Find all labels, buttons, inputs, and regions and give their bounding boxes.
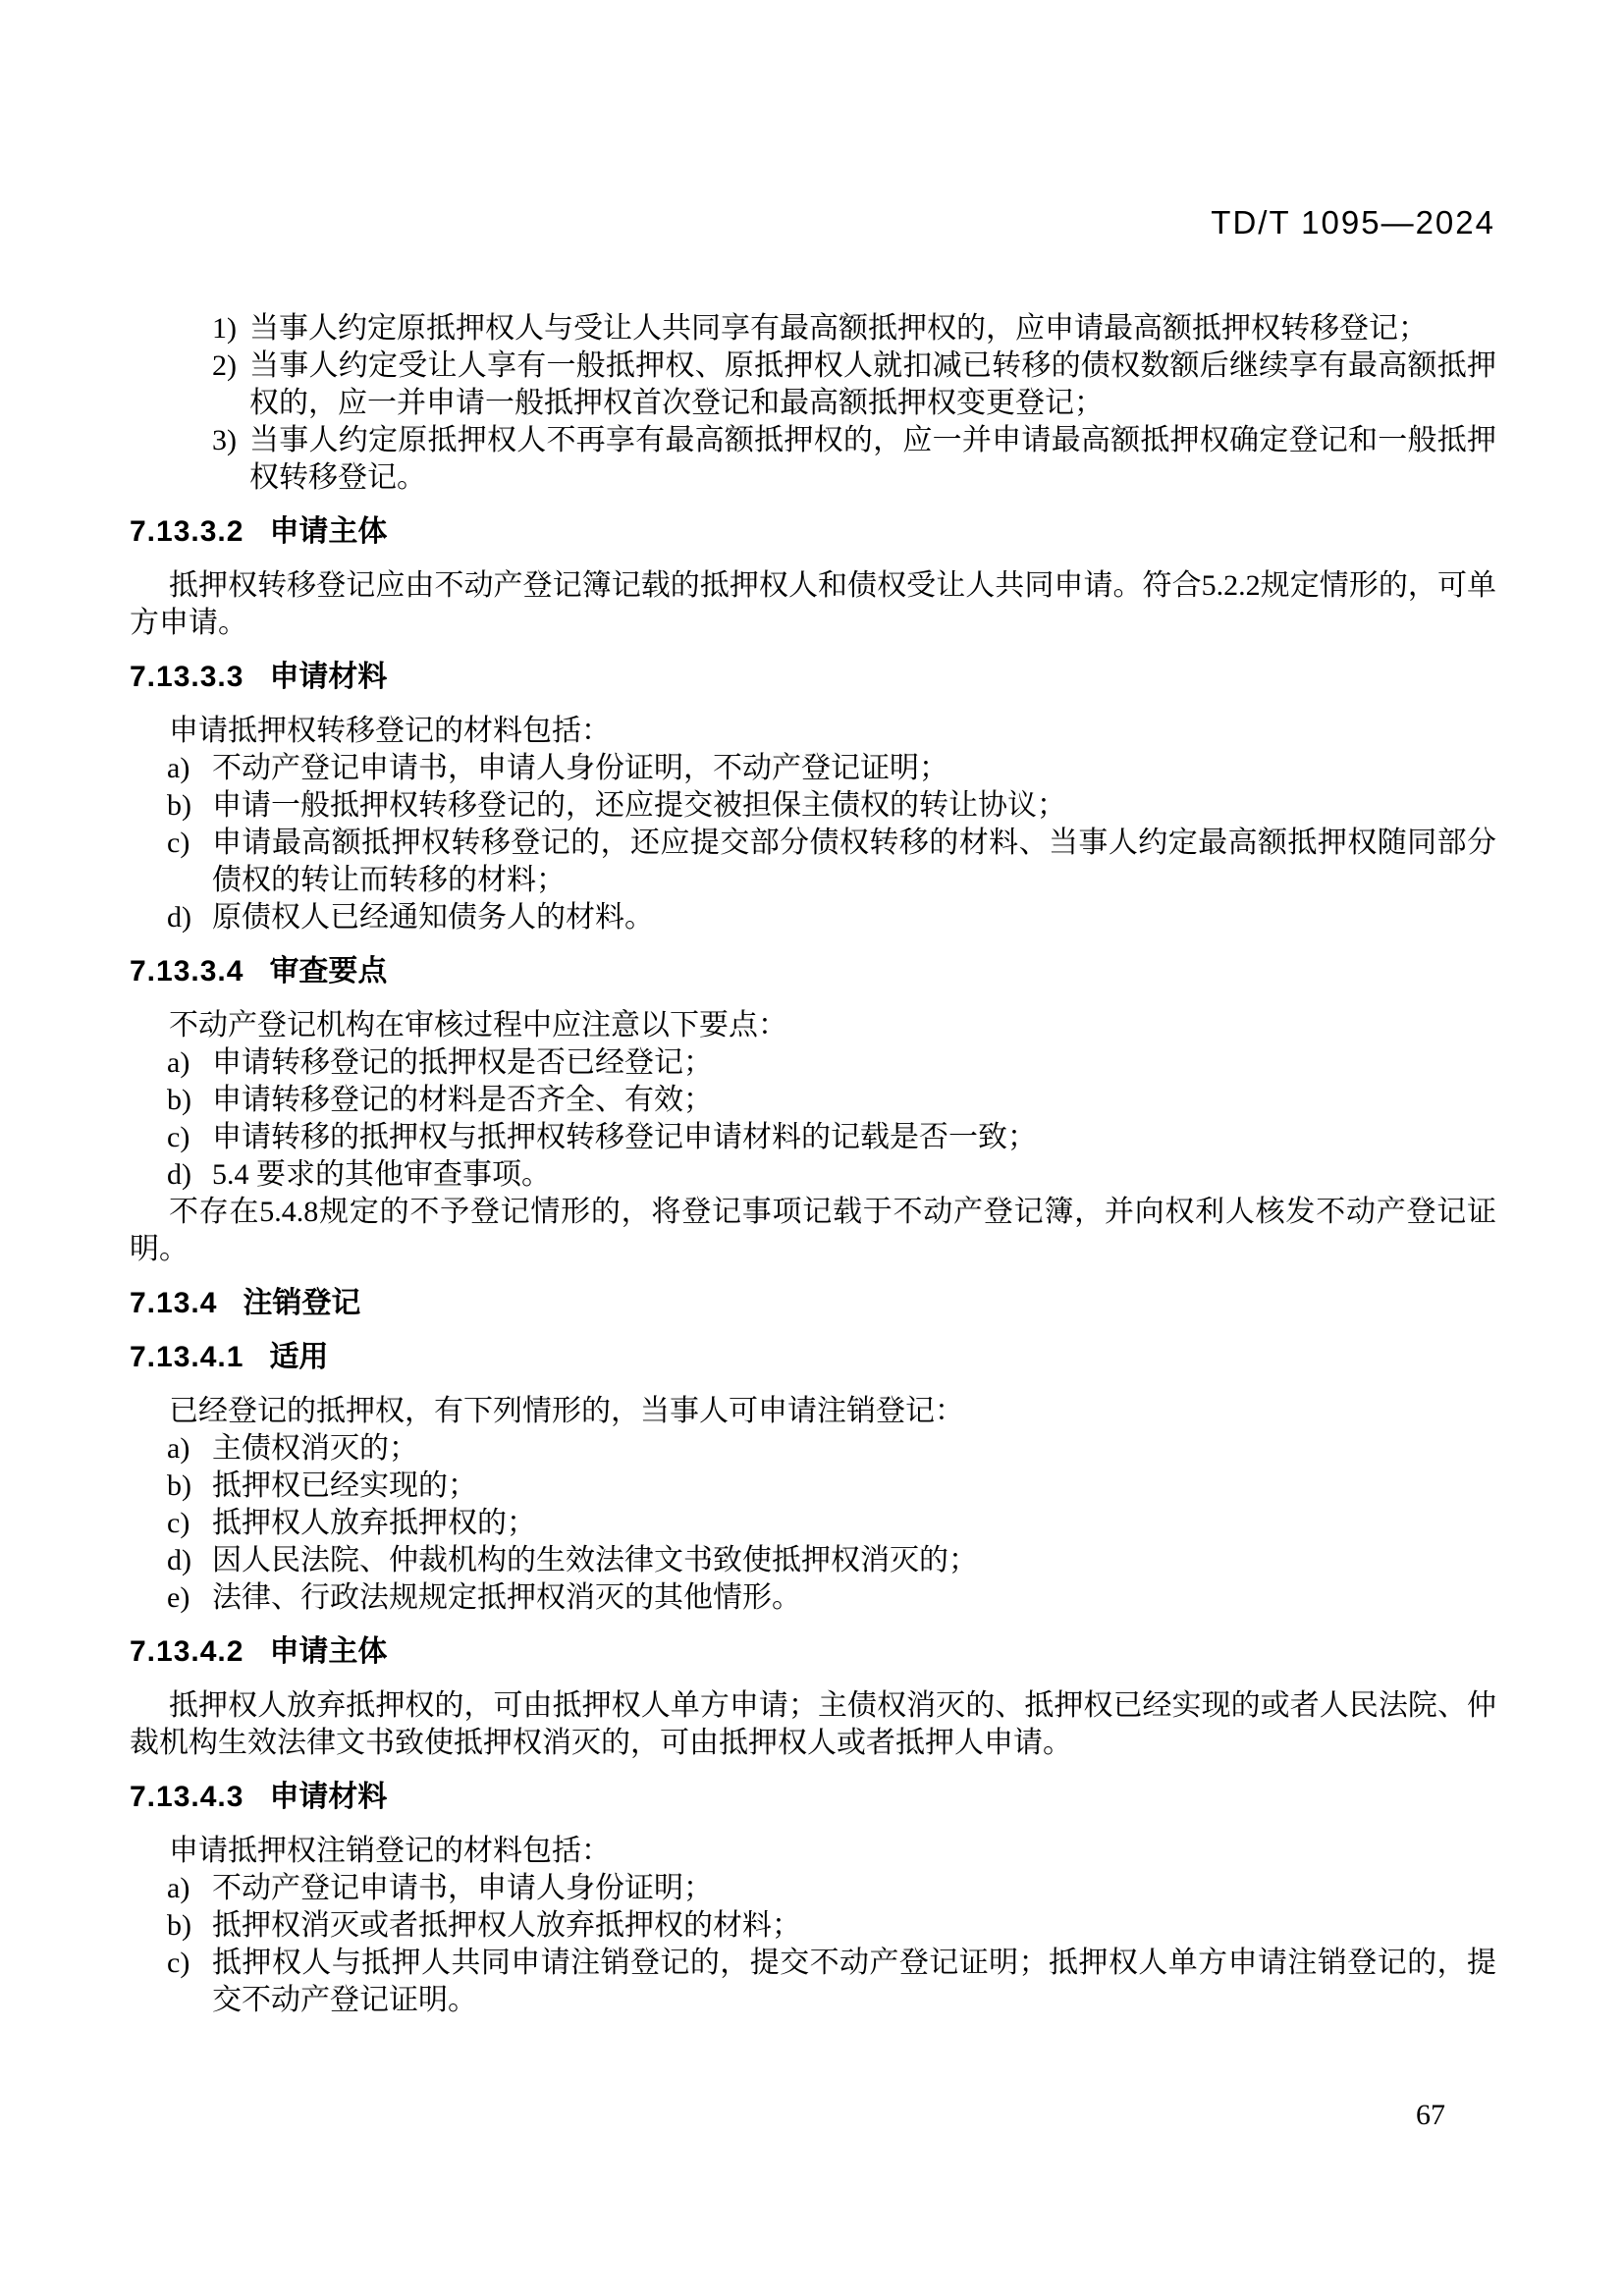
- list-item-letter: b): [167, 787, 212, 825]
- list-item-text: 申请转移登记的抵押权是否已经登记；: [212, 1044, 1496, 1082]
- list-item: c) 申请最高额抵押权转移登记的，还应提交部分债权转移的材料、当事人约定最高额抵…: [167, 825, 1496, 899]
- list-item: d) 因人民法院、仲裁机构的生效法律文书致使抵押权消灭的；: [167, 1542, 1496, 1579]
- paragraph: 申请抵押权注销登记的材料包括：: [130, 1833, 1496, 1870]
- paragraph: 不动产登记机构在审核过程中应注意以下要点：: [130, 1007, 1496, 1044]
- list-item-text: 不动产登记申请书，申请人身份证明，不动产登记证明；: [212, 750, 1496, 787]
- section-title: 申请主体: [269, 515, 387, 548]
- list-item: e) 法律、行政法规规定抵押权消灭的其他情形。: [167, 1579, 1496, 1617]
- list-item: b) 申请一般抵押权转移登记的，还应提交被担保主债权的转让协议；: [167, 787, 1496, 825]
- section-heading-7-13-4: 7.13.4注销登记: [130, 1285, 1496, 1322]
- list-item: 2) 当事人约定受让人享有一般抵押权、原抵押权人就扣减已转移的债权数额后继续享有…: [212, 347, 1496, 422]
- list-item-text: 当事人约定受让人享有一般抵押权、原抵押权人就扣减已转移的债权数额后继续享有最高额…: [249, 347, 1496, 422]
- section-heading-7-13-4-3: 7.13.4.3申请材料: [130, 1779, 1496, 1816]
- list-item: a) 主债权消灭的；: [167, 1430, 1496, 1468]
- paragraph: 抵押权转移登记应由不动产登记簿记载的抵押权人和债权受让人共同申请。符合5.2.2…: [130, 567, 1496, 642]
- section-title: 申请主体: [269, 1635, 387, 1668]
- list-item: 1) 当事人约定原抵押权人与受让人共同享有最高额抵押权的，应申请最高额抵押权转移…: [212, 310, 1496, 347]
- section-number: 7.13.4: [130, 1285, 217, 1322]
- list-item: c) 抵押权人与抵押人共同申请注销登记的，提交不动产登记证明；抵押权人单方申请注…: [167, 1945, 1496, 2019]
- list-item-letter: b): [167, 1468, 212, 1505]
- list-item-text: 申请最高额抵押权转移登记的，还应提交部分债权转移的材料、当事人约定最高额抵押权随…: [212, 825, 1496, 899]
- paragraph: 抵押权人放弃抵押权的，可由抵押权人单方申请；主债权消灭的、抵押权已经实现的或者人…: [130, 1687, 1496, 1762]
- list-item: b) 抵押权消灭或者抵押权人放弃抵押权的材料；: [167, 1907, 1496, 1945]
- lettered-list-cancellation-materials: a) 不动产登记申请书，申请人身份证明； b) 抵押权消灭或者抵押权人放弃抵押权…: [130, 1870, 1496, 2019]
- document-header: TD/T 1095—2024: [1211, 204, 1495, 241]
- list-item: a) 不动产登记申请书，申请人身份证明；: [167, 1870, 1496, 1907]
- list-item: b) 申请转移登记的材料是否齐全、有效；: [167, 1082, 1496, 1119]
- list-item-letter: c): [167, 1945, 212, 2019]
- list-item-letter: a): [167, 1044, 212, 1082]
- list-item: b) 抵押权已经实现的；: [167, 1468, 1496, 1505]
- page-number: 67: [1416, 2099, 1445, 2131]
- list-item-number: 3): [212, 422, 249, 497]
- list-item: c) 申请转移的抵押权与抵押权转移登记申请材料的记载是否一致；: [167, 1119, 1496, 1156]
- numbered-list-transfer-cases: 1) 当事人约定原抵押权人与受让人共同享有最高额抵押权的，应申请最高额抵押权转移…: [130, 310, 1496, 497]
- section-number: 7.13.3.4: [130, 953, 244, 990]
- section-title: 审查要点: [269, 955, 387, 988]
- section-title: 申请材料: [269, 661, 387, 693]
- list-item-letter: b): [167, 1082, 212, 1119]
- list-item: a) 不动产登记申请书，申请人身份证明，不动产登记证明；: [167, 750, 1496, 787]
- standard-number: TD/T 1095—2024: [1211, 204, 1495, 240]
- list-item-letter: e): [167, 1579, 212, 1617]
- list-item: c) 抵押权人放弃抵押权的；: [167, 1505, 1496, 1542]
- section-number: 7.13.4.3: [130, 1779, 244, 1816]
- list-item-text: 主债权消灭的；: [212, 1430, 1496, 1468]
- list-item-text: 5.4 要求的其他审查事项。: [212, 1156, 1496, 1194]
- document-footer: 67: [1416, 2099, 1445, 2132]
- paragraph: 不存在5.4.8规定的不予登记情形的，将登记事项记载于不动产登记簿，并向权利人核…: [130, 1194, 1496, 1268]
- list-item-text: 申请一般抵押权转移登记的，还应提交被担保主债权的转让协议；: [212, 787, 1496, 825]
- lettered-list-transfer-materials: a) 不动产登记申请书，申请人身份证明，不动产登记证明； b) 申请一般抵押权转…: [130, 750, 1496, 936]
- list-item-letter: b): [167, 1907, 212, 1945]
- section-number: 7.13.3.3: [130, 659, 244, 696]
- section-title: 注销登记: [243, 1287, 360, 1319]
- list-item-text: 申请转移登记的材料是否齐全、有效；: [212, 1082, 1496, 1119]
- section-title: 适用: [269, 1341, 328, 1373]
- document-body: 1) 当事人约定原抵押权人与受让人共同享有最高额抵押权的，应申请最高额抵押权转移…: [130, 310, 1496, 2019]
- list-item-text: 因人民法院、仲裁机构的生效法律文书致使抵押权消灭的；: [212, 1542, 1496, 1579]
- list-item: 3) 当事人约定原抵押权人不再享有最高额抵押权的，应一并申请最高额抵押权确定登记…: [212, 422, 1496, 497]
- section-number: 7.13.4.2: [130, 1633, 244, 1671]
- list-item-number: 1): [212, 310, 249, 347]
- list-item-text: 抵押权消灭或者抵押权人放弃抵押权的材料；: [212, 1907, 1496, 1945]
- list-item: d) 原债权人已经通知债务人的材料。: [167, 899, 1496, 936]
- section-number: 7.13.4.1: [130, 1339, 244, 1376]
- list-item-letter: c): [167, 825, 212, 899]
- list-item-text: 不动产登记申请书，申请人身份证明；: [212, 1870, 1496, 1907]
- section-heading-7-13-3-4: 7.13.3.4审查要点: [130, 953, 1496, 990]
- list-item-text: 抵押权已经实现的；: [212, 1468, 1496, 1505]
- list-item-text: 当事人约定原抵押权人与受让人共同享有最高额抵押权的，应申请最高额抵押权转移登记；: [249, 310, 1496, 347]
- section-heading-7-13-4-1: 7.13.4.1适用: [130, 1339, 1496, 1376]
- lettered-list-cancellation-cases: a) 主债权消灭的； b) 抵押权已经实现的； c) 抵押权人放弃抵押权的； d…: [130, 1430, 1496, 1617]
- list-item-letter: a): [167, 1430, 212, 1468]
- list-item-text: 抵押权人放弃抵押权的；: [212, 1505, 1496, 1542]
- list-item-text: 原债权人已经通知债务人的材料。: [212, 899, 1496, 936]
- list-item-letter: d): [167, 1156, 212, 1194]
- list-item: d) 5.4 要求的其他审查事项。: [167, 1156, 1496, 1194]
- list-item-letter: d): [167, 1542, 212, 1579]
- list-item-text: 申请转移的抵押权与抵押权转移登记申请材料的记载是否一致；: [212, 1119, 1496, 1156]
- list-item-letter: c): [167, 1505, 212, 1542]
- paragraph: 申请抵押权转移登记的材料包括：: [130, 713, 1496, 750]
- list-item-letter: a): [167, 1870, 212, 1907]
- lettered-list-review-points: a) 申请转移登记的抵押权是否已经登记； b) 申请转移登记的材料是否齐全、有效…: [130, 1044, 1496, 1194]
- document-page: TD/T 1095—2024 1) 当事人约定原抵押权人与受让人共同享有最高额抵…: [0, 0, 1624, 2296]
- section-title: 申请材料: [269, 1781, 387, 1813]
- list-item-letter: d): [167, 899, 212, 936]
- section-heading-7-13-3-2: 7.13.3.2申请主体: [130, 513, 1496, 551]
- list-item-text: 法律、行政法规规定抵押权消灭的其他情形。: [212, 1579, 1496, 1617]
- list-item-text: 抵押权人与抵押人共同申请注销登记的，提交不动产登记证明；抵押权人单方申请注销登记…: [212, 1945, 1496, 2019]
- list-item-letter: c): [167, 1119, 212, 1156]
- list-item: a) 申请转移登记的抵押权是否已经登记；: [167, 1044, 1496, 1082]
- section-heading-7-13-4-2: 7.13.4.2申请主体: [130, 1633, 1496, 1671]
- list-item-text: 当事人约定原抵押权人不再享有最高额抵押权的，应一并申请最高额抵押权确定登记和一般…: [249, 422, 1496, 497]
- section-number: 7.13.3.2: [130, 513, 244, 551]
- list-item-number: 2): [212, 347, 249, 422]
- paragraph: 已经登记的抵押权，有下列情形的，当事人可申请注销登记：: [130, 1393, 1496, 1430]
- section-heading-7-13-3-3: 7.13.3.3申请材料: [130, 659, 1496, 696]
- list-item-letter: a): [167, 750, 212, 787]
